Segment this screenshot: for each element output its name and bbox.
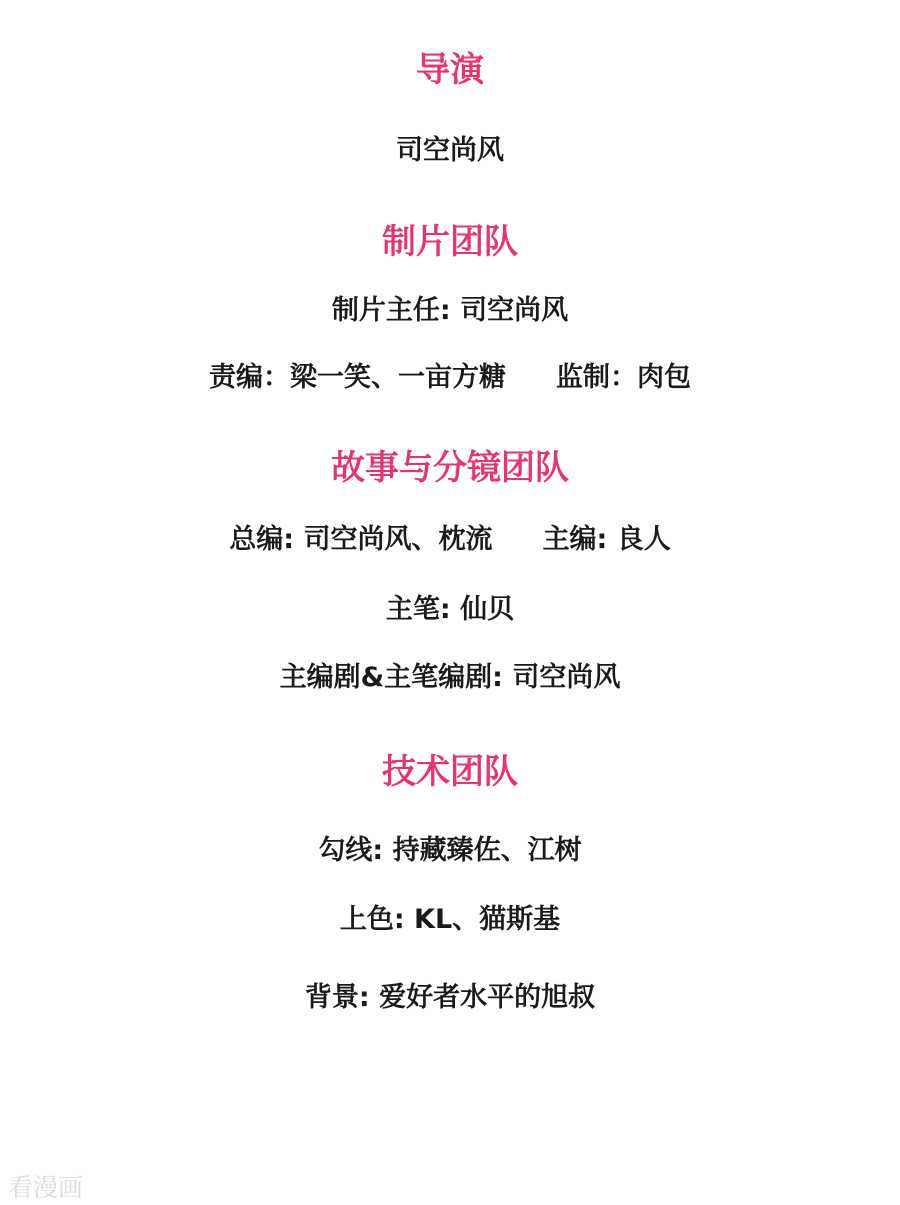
production-manager: 制片主任: 司空尚风 <box>0 288 900 327</box>
background-credit: 背景: 爱好者水平的旭叔 <box>0 975 900 1014</box>
chief-editor-row: 总编: 司空尚风、枕流主编: 良人 <box>0 517 900 556</box>
lead-artist: 主笔: 仙贝 <box>0 587 900 626</box>
screenwriter: 主编剧&主笔编剧: 司空尚风 <box>0 655 900 694</box>
heading-story-team: 故事与分镜团队 <box>0 440 900 489</box>
heading-production-team: 制片团队 <box>0 214 900 263</box>
coloring-credit: 上色: KL、猫斯基 <box>0 897 900 936</box>
main-editor-credit: 主编: 良人 <box>543 524 671 555</box>
editor-credit: 责编：梁一笑、一亩方糖 <box>209 362 506 393</box>
editor-supervisor-row: 责编：梁一笑、一亩方糖监制：肉包 <box>0 355 900 394</box>
lineart-credit: 勾线: 持藏臻佐、江树 <box>0 828 900 867</box>
heading-tech-team: 技术团队 <box>0 744 900 793</box>
watermark: 看漫画 <box>8 1168 83 1204</box>
chief-editor-credit: 总编: 司空尚风、枕流 <box>229 524 492 555</box>
director-name: 司空尚风 <box>0 128 900 167</box>
heading-director: 导演 <box>0 42 900 91</box>
supervisor-credit: 监制：肉包 <box>556 362 691 393</box>
